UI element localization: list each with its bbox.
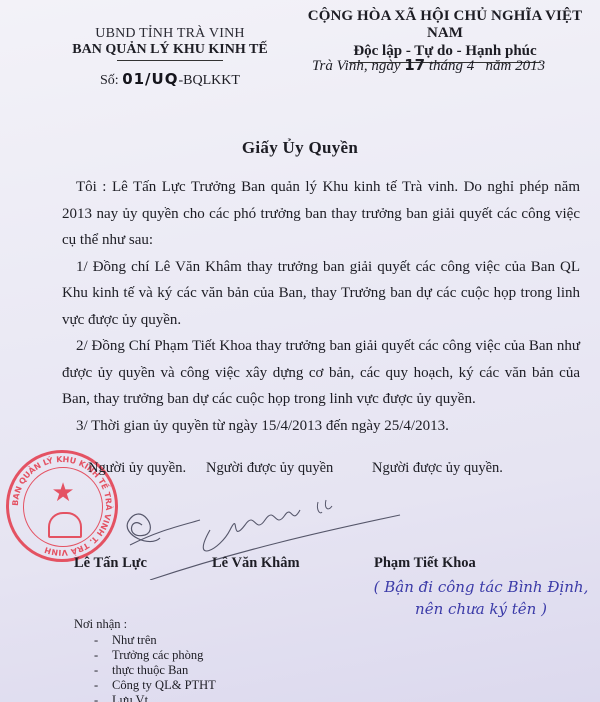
body: Tôi : Lê Tấn Lực Trưởng Ban quản lý Khu … bbox=[62, 174, 580, 439]
signer-name-2: Lê Văn Khâm bbox=[212, 555, 300, 572]
recipient-item: Công ty QL& PTHT bbox=[94, 678, 216, 693]
number-suffix: -BQLKKT bbox=[178, 73, 239, 88]
recipient-item: Lưu Vt bbox=[94, 693, 216, 702]
date-prefix: Trà Vinh, ngày bbox=[312, 58, 400, 74]
paragraph-item-2: 2/ Đồng Chí Phạm Tiết Khoa thay trưởng b… bbox=[62, 333, 580, 413]
date-rest: tháng 4 năm 2013 bbox=[429, 58, 545, 74]
paragraph-intro: Tôi : Lê Tấn Lực Trưởng Ban quản lý Khu … bbox=[62, 174, 580, 254]
date-day-handwritten: 17 bbox=[404, 56, 425, 74]
paragraph-item-3: 3/ Thời gian ủy quyền từ ngày 15/4/2013 … bbox=[62, 413, 580, 440]
agency-name: BAN QUẢN LÝ KHU KINH TẾ bbox=[70, 42, 270, 58]
national-title: CỘNG HÒA XÃ HỘI CHỦ NGHĨA VIỆT NAM bbox=[290, 8, 600, 42]
date-line: Trà Vinh, ngày 17 tháng 4 năm 2013 bbox=[312, 56, 545, 75]
recipient-item: Như trên bbox=[94, 633, 216, 648]
number-handwritten: 01/UQ bbox=[122, 70, 178, 88]
recipient-item: Trưởng các phòng bbox=[94, 648, 216, 663]
recipients-list: Như trên Trưởng các phòng thực thuộc Ban… bbox=[74, 633, 216, 702]
header-left: UBND TỈNH TRÀ VINH BAN QUẢN LÝ KHU KINH … bbox=[70, 26, 270, 61]
header-right: CỘNG HÒA XÃ HỘI CHỦ NGHĨA VIỆT NAM Độc l… bbox=[290, 8, 600, 63]
authority-name: UBND TỈNH TRÀ VINH bbox=[70, 26, 270, 42]
paragraph-item-1: 1/ Đồng chí Lê Văn Khâm thay trưởng ban … bbox=[62, 254, 580, 334]
number-prefix: Số: bbox=[100, 73, 119, 88]
document-title: Giấy Ủy Quyền bbox=[0, 138, 600, 158]
handwritten-note-line-1: ( Bận đi công tác Bình Định, bbox=[366, 576, 596, 598]
document-number: Số: 01/UQ-BQLKKT bbox=[100, 70, 240, 89]
recipients-block: Nơi nhận : Như trên Trưởng các phòng thự… bbox=[74, 617, 216, 702]
header-left-underline bbox=[117, 60, 223, 61]
signer-name-3: Phạm Tiết Khoa bbox=[374, 555, 476, 572]
recipient-item: thực thuộc Ban bbox=[94, 663, 216, 678]
recipients-heading: Nơi nhận : bbox=[74, 617, 216, 632]
signer-name-1: Lê Tấn Lực bbox=[74, 555, 147, 572]
handwritten-note: ( Bận đi công tác Bình Định, nên chưa ký… bbox=[366, 576, 596, 620]
handwritten-note-line-2: nên chưa ký tên ) bbox=[366, 598, 596, 620]
